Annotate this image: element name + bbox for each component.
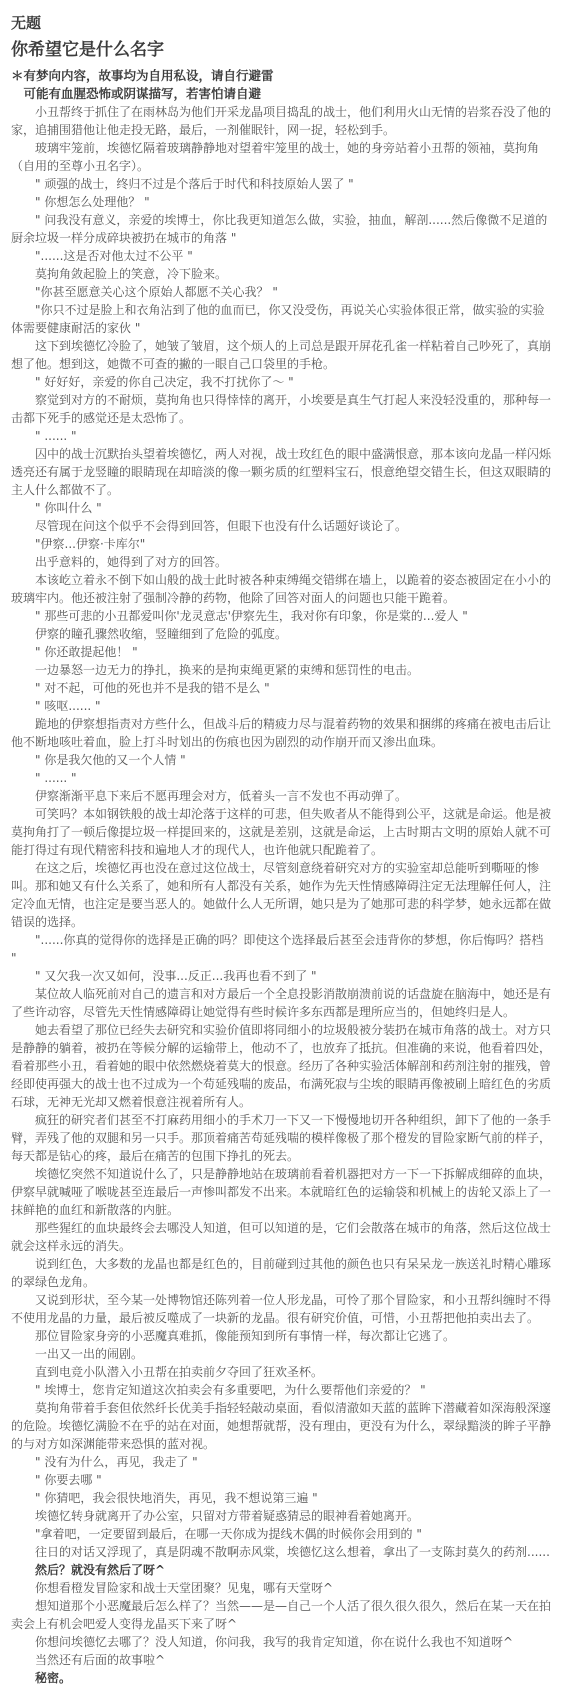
story-paragraph: " 你要去哪 " — [11, 1471, 551, 1489]
story-paragraph: " 咳呕...... " — [11, 697, 551, 715]
story-paragraph: " 对不起，可他的死也并不是我的错不是么 " — [11, 679, 551, 697]
story-paragraph: 小丑帮终于抓住了在雨林岛为他们开采龙晶项目捣乱的战士，他们利用火山无情的岩浆吞没… — [11, 103, 551, 139]
story-paragraph: 那位冒险家身旁的小恶魔真难抓，像能预知到所有事情一样，每次都让它逃了。 — [11, 1327, 551, 1345]
story-paragraph: 在这之后，埃德忆再也没在意过这位战士，尽管刻意绕着研究对方的实验室却总能听到嘶哑… — [11, 859, 551, 931]
page-subtitle: 你希望它是什么名字 — [11, 39, 551, 61]
story-paragraph: 当然还有后面的故事啦^ — [11, 1651, 551, 1669]
story-paragraph: " 你叫什么 " — [11, 499, 551, 517]
story-paragraph: "伊察...伊察·卡库尔" — [11, 535, 551, 553]
story-paragraph: 伊察渐渐平息下来后不愿再理会对方，低着头一言不发也不再动弹了。 — [11, 787, 551, 805]
story-paragraph: " 没有为什么，再见，我走了 " — [11, 1453, 551, 1471]
story-paragraph: 一边暴怒一边无力的挣扎，换来的是拘束绳更紧的束缚和惩罚性的电击。 — [11, 661, 551, 679]
story-paragraph: 你想看橙发冒险家和战士天堂团聚？见鬼，哪有天堂呀^ — [11, 1579, 551, 1597]
story-paragraph: 埃德忆转身就离开了办公室，只留对方带着疑惑猜忌的眼神看着她离开。 — [11, 1507, 551, 1525]
story-paragraph: " 你是我欠他的又一个人情 " — [11, 751, 551, 769]
story-paragraph: " ...... " — [11, 769, 551, 787]
story-paragraph: " 你想怎么处理他？ " — [11, 193, 551, 211]
story-paragraph: 这下到埃德忆冷脸了，她皱了皱眉，这个烦人的上司总是跟开屏花孔雀一样粘着自己吵死了… — [11, 337, 551, 373]
story-paragraph: 囚中的战士沉默抬头望着埃德忆，两人对视，战士玫红色的眼中盛满恨意，那本该向龙晶一… — [11, 445, 551, 499]
story-paragraph: "你甚至愿意关心这个原始人都愿不关心我？ " — [11, 283, 551, 301]
story-paragraph: 可笑吗？本如钢铁般的战士却沦落于这样的可悲，但失败者从不能得到公平，这就是命运。… — [11, 805, 551, 859]
story-paragraph: " 你还敢提起他！ " — [11, 643, 551, 661]
story-paragraph: 又说到形状，至今某一处博物馆还陈列着一位人形龙晶，可怜了那个冒险家，和小丑帮纠缠… — [11, 1291, 551, 1327]
story-paragraph: " 顽强的战士，终归不过是个落后于时代和科技原始人罢了 " — [11, 175, 551, 193]
story-paragraph: 伊察的瞳孔骤然收缩，竖瞳细到了危险的弧度。 — [11, 625, 551, 643]
story-paragraph: 莫拘角敛起脸上的笑意，冷下脸来。 — [11, 265, 551, 283]
story-paragraph: 那些猩红的血块最终会去哪没人知道，但可以知道的是，它们会散落在城市的角落，然后这… — [11, 1219, 551, 1255]
story-paragraph: 疯狂的研究者们甚至不打麻药用细小的手术刀一下又一下慢慢地切开各种组织，卸下了他的… — [11, 1111, 551, 1165]
story-paragraph: "你只不过是脸上和衣角沾到了他的血而已，你又没受伤，再说关心实验体很正常，做实验… — [11, 301, 551, 337]
story-paragraph: 直到电竞小队潜入小丑帮在拍卖前夕夺回了狂欢圣杯。 — [11, 1363, 551, 1381]
story-paragraph: " 又欠我一次又如何，没事...反正...我再也看不到了 " — [11, 967, 551, 985]
story-paragraph: 某位故人临死前对自己的遗言和对方最后一个全息投影消散崩溃前说的话盘旋在脑海中，她… — [11, 985, 551, 1021]
story-paragraph: 往日的对话又浮现了，真是阴魂不散啊赤风棠，埃德忆这么想着，拿出了一支陈封莫久的药… — [11, 1543, 551, 1561]
content-warning-line2: 可能有血腥恐怖或阴谋描写，若害怕请自避 — [11, 85, 551, 103]
story-paragraph: "......你真的觉得你的选择是正确的吗？即使这个选择最后甚至会违背你的梦想，… — [11, 931, 551, 967]
story-paragraph: 然后？就没有然后了呀^ — [11, 1561, 551, 1579]
story-paragraph: 玻璃牢笼前，埃德忆隔着玻璃静静地对望着牢笼里的战士，她的身旁站着小丑帮的领袖，莫… — [11, 139, 551, 175]
story-paragraph: "拿着吧，一定要留到最后，在哪一天你成为提线木偶的时候你会用到的 " — [11, 1525, 551, 1543]
story-paragraph: " ...... " — [11, 427, 551, 445]
story-paragraph: " 好好好，亲爱的你自己决定，我不打扰你了～ " — [11, 373, 551, 391]
story-paragraph: " 问我没有意义，亲爱的埃博士，你比我更知道怎么做，实验，抽血，解剖......… — [11, 211, 551, 247]
page-title: 无题 — [11, 13, 551, 33]
story-paragraph: 秘密。 — [11, 1669, 551, 1687]
story-paragraph: 一出又一出的闹剧。 — [11, 1345, 551, 1363]
story-paragraph: "......这是否对他太过不公平 " — [11, 247, 551, 265]
story-paragraph: " 你猜吧，我会很快地消失，再见，我不想说第三遍 " — [11, 1489, 551, 1507]
story-paragraph: 想知道那个小恶魔最后怎么样了？当然——是—自己一个人活了很久很久很久，然后在某一… — [11, 1597, 551, 1633]
story-paragraph: 本该屹立着永不倒下如山般的战士此时被各种束缚绳交错绑在墙上，以跪着的姿态被固定在… — [11, 571, 551, 607]
story-paragraph: 跪地的伊察想指责对方些什么，但战斗后的精疲力尽与混着药物的效果和捆绑的疼痛在被电… — [11, 715, 551, 751]
story-paragraph: 说到红色，大多数的龙晶也都是红色的，目前碰到过其他的颜色也只有呆呆龙一族送礼时精… — [11, 1255, 551, 1291]
story-paragraph: 莫拘角带着手套但依然纤长优美手指轻轻敲动桌面，看似清澈如天蓝的蓝眸下潜藏着如深海… — [11, 1399, 551, 1453]
story-paragraph: 埃德忆突然不知道说什么了，只是静静地站在玻璃前看着机器把对方一下一下拆解成细碎的… — [11, 1165, 551, 1219]
story-paragraph: 察觉到对方的不耐烦，莫拘角也只得悻悻的离开，小埃要是真生气打起人来没轻没重的，那… — [11, 391, 551, 427]
story-paragraph: 她去看望了那位已经失去研究和实验价值即将同细小的垃圾般被分装扔在城市角落的战士。… — [11, 1021, 551, 1111]
story-paragraph: " 那些可悲的小丑都爱叫你'龙灵意志'伊察先生，我对你有印象，你是棠的...爱人… — [11, 607, 551, 625]
story-paragraph: 你想问埃德忆去哪了？没人知道，你问我，我写的我肯定知道，你在说什么我也不知道呀^ — [11, 1633, 551, 1651]
story-page: 无题 你希望它是什么名字 ＊有梦向内容，故事均为自用私设，请自行避雷 可能有血腥… — [0, 0, 562, 1701]
content-warning-line1: ＊有梦向内容，故事均为自用私设，请自行避雷 — [11, 67, 551, 85]
story-paragraph: 尽管现在问这个似乎不会得到回答，但眼下也没有什么话题好谈论了。 — [11, 517, 551, 535]
story-paragraph: 出乎意料的，她得到了对方的回答。 — [11, 553, 551, 571]
story-paragraph: " 埃博士，您肯定知道这次拍卖会有多重要吧，为什么要帮他们亲爱的？ " — [11, 1381, 551, 1399]
story-body: 小丑帮终于抓住了在雨林岛为他们开采龙晶项目捣乱的战士，他们利用火山无情的岩浆吞没… — [11, 103, 551, 1687]
